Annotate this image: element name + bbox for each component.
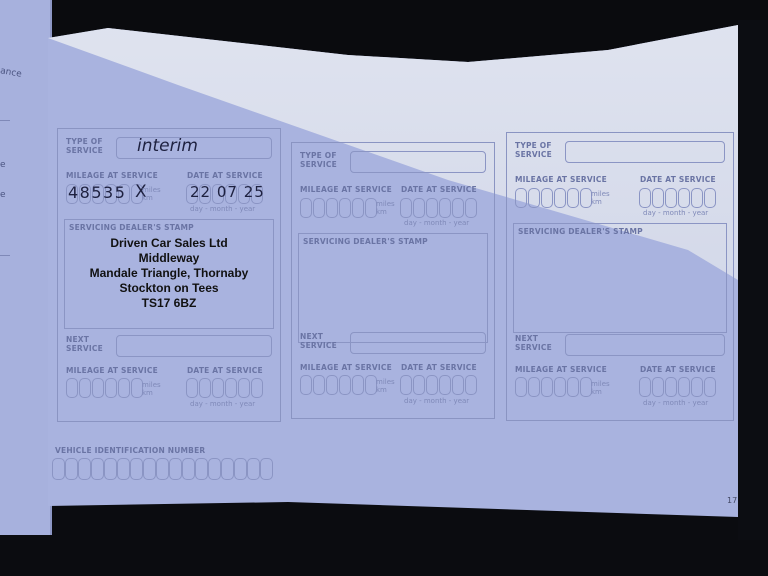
mileage-cells[interactable] bbox=[515, 377, 592, 397]
dealer-stamp-area[interactable]: SERVICING DEALER'S STAMP bbox=[513, 223, 727, 333]
left-page-rule bbox=[0, 120, 10, 121]
type-of-service-label: TYPE OFSERVICE bbox=[300, 151, 337, 169]
left-page-text: ance bbox=[0, 66, 22, 80]
miles-km-label: mileskm bbox=[591, 380, 610, 396]
mileage-label: MILEAGE AT SERVICE bbox=[300, 185, 392, 194]
page-number: 17 bbox=[727, 496, 737, 505]
miles-km-label: mileskm bbox=[376, 200, 395, 216]
next-service-label: NEXTSERVICE bbox=[66, 335, 103, 353]
type-of-service-field[interactable] bbox=[565, 141, 725, 163]
service-record-2: TYPE OFSERVICEMILEAGE AT SERVICEmileskmD… bbox=[291, 142, 495, 419]
left-page-rule bbox=[0, 255, 10, 256]
date-format-hint: day - month - year bbox=[643, 399, 708, 407]
mileage-cells[interactable] bbox=[515, 188, 592, 208]
date-label: DATE AT SERVICE bbox=[187, 366, 263, 375]
date-format-hint: day - month - year bbox=[404, 397, 469, 405]
dealer-stamp-area[interactable]: SERVICING DEALER'S STAMPDriven Car Sales… bbox=[64, 219, 274, 329]
vin-label: VEHICLE IDENTIFICATION NUMBER bbox=[55, 446, 205, 455]
date-cells[interactable] bbox=[639, 377, 716, 397]
left-page-text: e bbox=[0, 160, 6, 170]
left-page-text: e bbox=[0, 190, 6, 200]
mileage-label: MILEAGE AT SERVICE bbox=[515, 365, 607, 374]
date-label: DATE AT SERVICE bbox=[640, 365, 716, 374]
date-cells[interactable] bbox=[186, 378, 263, 398]
left-page: ance e e bbox=[0, 0, 52, 535]
date-format-hint: day - month - year bbox=[643, 209, 708, 217]
service-record-3: TYPE OFSERVICEMILEAGE AT SERVICEmileskmD… bbox=[506, 132, 734, 421]
mileage-value: 48535 bbox=[68, 183, 126, 202]
mileage-cells[interactable] bbox=[66, 378, 143, 398]
dealer-stamp-label: SERVICING DEALER'S STAMP bbox=[303, 237, 428, 246]
mileage-label: MILEAGE AT SERVICE bbox=[515, 175, 607, 184]
miles-km-label: mileskm bbox=[376, 378, 395, 394]
date-cells[interactable] bbox=[400, 198, 477, 218]
type-of-service-label: TYPE OFSERVICE bbox=[515, 141, 552, 159]
miles-km-label: mileskm bbox=[142, 186, 161, 202]
date-value: 22 07 25 bbox=[190, 183, 265, 201]
type-of-service-field[interactable]: interim bbox=[116, 137, 272, 159]
dealer-stamp-label: SERVICING DEALER'S STAMP bbox=[69, 223, 194, 232]
next-service-field[interactable] bbox=[350, 332, 486, 354]
date-label: DATE AT SERVICE bbox=[401, 363, 477, 372]
service-record-1: TYPE OFSERVICEinterimMILEAGE AT SERVICE4… bbox=[57, 128, 281, 422]
type-of-service-label: TYPE OFSERVICE bbox=[66, 137, 103, 155]
miles-km-label: mileskm bbox=[142, 381, 161, 397]
dealer-stamp-area[interactable]: SERVICING DEALER'S STAMP bbox=[298, 233, 488, 343]
next-service-field[interactable] bbox=[116, 335, 272, 357]
type-of-service-field[interactable] bbox=[350, 151, 486, 173]
date-format-hint: day - month - year bbox=[190, 400, 255, 408]
date-label: DATE AT SERVICE bbox=[187, 171, 263, 180]
next-service-label: NEXTSERVICE bbox=[515, 334, 552, 352]
next-service-label: NEXTSERVICE bbox=[300, 332, 337, 350]
dealer-stamp: Driven Car Sales LtdMiddlewayMandale Tri… bbox=[65, 236, 273, 311]
date-cells[interactable] bbox=[400, 375, 477, 395]
mileage-cells[interactable] bbox=[300, 375, 377, 395]
mileage-cells[interactable] bbox=[300, 198, 377, 218]
mileage-label: MILEAGE AT SERVICE bbox=[66, 366, 158, 375]
date-cells[interactable] bbox=[639, 188, 716, 208]
background bbox=[738, 20, 768, 540]
date-label: DATE AT SERVICE bbox=[401, 185, 477, 194]
next-service-field[interactable] bbox=[565, 334, 725, 356]
mileage-label: MILEAGE AT SERVICE bbox=[300, 363, 392, 372]
date-label: DATE AT SERVICE bbox=[640, 175, 716, 184]
date-format-hint: day - month - year bbox=[404, 219, 469, 227]
date-format-hint: day - month - year bbox=[190, 205, 255, 213]
vin-cells[interactable] bbox=[52, 458, 273, 480]
miles-km-label: mileskm bbox=[591, 190, 610, 206]
dealer-stamp-label: SERVICING DEALER'S STAMP bbox=[518, 227, 643, 236]
mileage-label: MILEAGE AT SERVICE bbox=[66, 171, 158, 180]
